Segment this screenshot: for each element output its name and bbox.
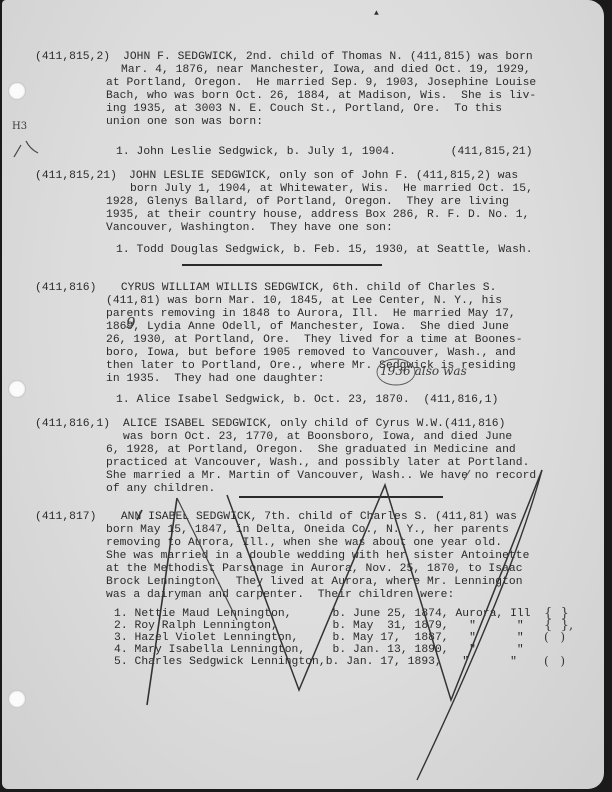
entry-line: at Portland, Oregon. He married Sep. 9, … (106, 77, 536, 89)
entry-line: in 1935. They had one daughter: (106, 373, 325, 385)
handwritten-note: 1936 also was (380, 364, 467, 378)
entry-line: practiced at Vancouver, Wash., and possi… (106, 457, 529, 469)
child-item: 1. Todd Douglas Sedgwick, b. Feb. 15, 19… (116, 244, 533, 256)
child-item: 1. Alice Isabel Sedgwick, b. Oct. 23, 18… (116, 394, 498, 406)
punch-hole-middle (8, 380, 26, 398)
entry-line: She was married in a double wedding with… (106, 550, 529, 562)
child-item: 1. Nettie Maud Lennington, b. June 25, 1… (114, 608, 531, 620)
margin-note: H3 (12, 121, 27, 132)
entry-line: Brock Lennington. They lived at Aurora, … (106, 576, 523, 588)
margin-caret-mark (8, 133, 48, 163)
entry-line: 1935, at their country house, address Bo… (106, 209, 529, 221)
entry-line: 1928, Glenys Ballard, of Portland, Orego… (106, 196, 509, 208)
entry-line: ing 1935, at 3003 N. E. Couch St., Portl… (106, 103, 502, 115)
entry-line: of any children. (106, 483, 215, 495)
child-item: 2. Roy Ralph Lennington, b. May 31, 1879… (114, 620, 524, 632)
entry-line: ANN ISABEL SEDGWICK, 7th. child of Charl… (114, 511, 517, 523)
punch-hole-bottom (8, 690, 26, 708)
entry-line: 1869, Lydia Anne Odell, of Manchester, I… (106, 321, 509, 333)
entry-line: ALICE ISABEL SEDGWICK, only child of Cyr… (123, 418, 505, 430)
handwritten-year-correction: 9 (126, 314, 136, 332)
entry-line: born May 15, 1847, in Delta, Oneida Co.,… (106, 524, 509, 536)
entry-line: union one son was born: (106, 116, 263, 128)
entry-line: CYRUS WILLIAM WILLIS SEDGWICK, 6th. chil… (114, 282, 496, 294)
entry-id: (411,816,1) (35, 418, 110, 430)
child-item: 1. John Leslie Sedgwick, b. July 1, 1904… (116, 146, 533, 158)
section-divider (182, 264, 382, 266)
child-item: 4. Mary Isabella Lennington, b. Jan. 13,… (114, 644, 524, 656)
entry-id: (411,816) (35, 282, 96, 294)
document-page: ▲ H3 (411,815,2) JOHN F. SEDGWICK, 2nd. … (2, 0, 604, 789)
punch-hole-top (8, 82, 26, 100)
entry-line: at the Methodist Parsonage in Aurora, No… (106, 563, 523, 575)
entry-line: 26, 1930, at Portland, Ore. They lived f… (106, 334, 523, 346)
handwritten-bracket: ( ) (544, 630, 565, 644)
entry-id: (411,815,21) (35, 170, 117, 182)
entry-line: removing to Aurora, Ill., when she was a… (106, 537, 502, 549)
entry-line: She married a Mr. Martin of Vancouver, W… (106, 470, 536, 482)
child-item: 5. Charles Sedgwick Lennington,b. Jan. 1… (114, 656, 517, 668)
child-item: 3. Hazel Violet Lennington, b. May 17, 1… (114, 632, 524, 644)
entry-id: (411,815,2) (35, 51, 110, 63)
entry-line: Mar. 4, 1876, near Manchester, Iowa, and… (121, 64, 531, 76)
entry-line: Bach, who was born Oct. 26, 1884, at Mad… (106, 90, 536, 102)
entry-line: Vancouver, Washington. They have one son… (106, 222, 393, 234)
entry-line: JOHN LESLIE SEDGWICK, only son of John F… (129, 170, 518, 182)
handwritten-bracket: ( ) (544, 654, 565, 668)
entry-line: was a dairyman and carpenter. Their chil… (106, 589, 454, 601)
entry-line: (411,81) was born Mar. 10, 1845, at Lee … (106, 295, 502, 307)
entry-line: parents removing in 1848 to Aurora, Ill.… (106, 308, 516, 320)
entry-line: born July 1, 1904, at Whitewater, Wis. H… (130, 183, 533, 195)
entry-line: was born Oct. 23, 1770, at Boonsboro, Io… (123, 431, 512, 443)
entry-line: boro, Iowa, but before 1905 removed to V… (106, 347, 516, 359)
entry-line: 6, 1928, at Portland, Oregon. She gradua… (106, 444, 516, 456)
entry-id: (411,817) (35, 511, 96, 523)
section-divider (239, 496, 443, 498)
entry-line: JOHN F. SEDGWICK, 2nd. child of Thomas N… (123, 51, 533, 63)
ink-speck: ▲ (374, 9, 379, 18)
